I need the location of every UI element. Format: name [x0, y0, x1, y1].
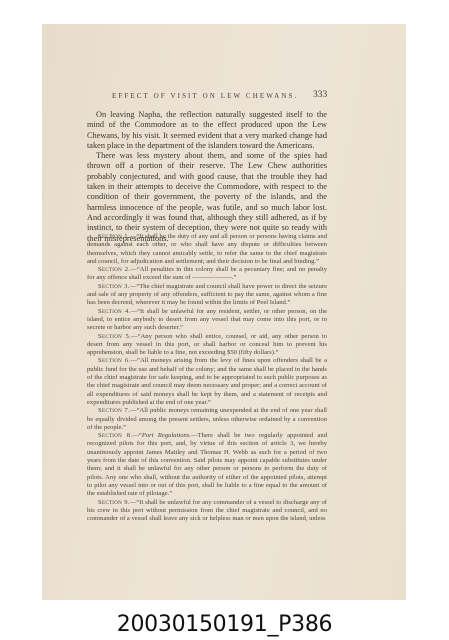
body-text: On leaving Napha, the reflection natural… — [87, 110, 327, 244]
section-label: Section 2. — [98, 266, 130, 273]
regulations-sections: Section 1.—“It shall be the duty of any … — [87, 233, 327, 523]
paragraph: On leaving Napha, the reflection natural… — [87, 110, 327, 151]
section-label: Section 5. — [98, 333, 131, 340]
section-item: Section 9.—“It shall be unlawful for any… — [87, 499, 327, 524]
page-number: 333 — [313, 90, 327, 100]
section-label: Section 7. — [98, 407, 130, 414]
section-item: Section 8.—“Port Regulations.—There shal… — [87, 432, 327, 498]
section-item: Section 3.—“The chief magistrate and cou… — [87, 283, 327, 308]
section-label: Section 8. — [98, 432, 132, 439]
section-label: Section 1. — [98, 233, 130, 240]
section-item: Section 7.—“All public moneys remaining … — [87, 407, 327, 432]
section-label: Section 4. — [98, 308, 131, 315]
section-item: Section 2.—“All penalties in this colony… — [87, 266, 327, 283]
section-item: Section 6.—“All moneys arising from the … — [87, 357, 327, 407]
section-label: Section 6. — [98, 357, 130, 364]
section-text: —“All moneys arising from the levy of fi… — [87, 357, 327, 405]
running-head: EFFECT OF VISIT ON LEW CHEWANS. — [112, 92, 328, 100]
section-text: —There shall be two regularly appointed … — [87, 432, 327, 497]
section-item: Section 1.—“It shall be the duty of any … — [87, 233, 327, 266]
image-id-caption: 20030150191_P386 — [0, 612, 449, 638]
section-item: Section 4.—“It shall be unlawful for any… — [87, 308, 327, 333]
section-item: Section 5.—“Any person who shall entice,… — [87, 333, 327, 358]
section-label: Section 3. — [98, 283, 130, 290]
paragraph: There was less mystery about them, and s… — [87, 151, 327, 244]
section-label: Section 9. — [98, 499, 130, 506]
section-heading: Port Regulations. — [142, 432, 191, 439]
